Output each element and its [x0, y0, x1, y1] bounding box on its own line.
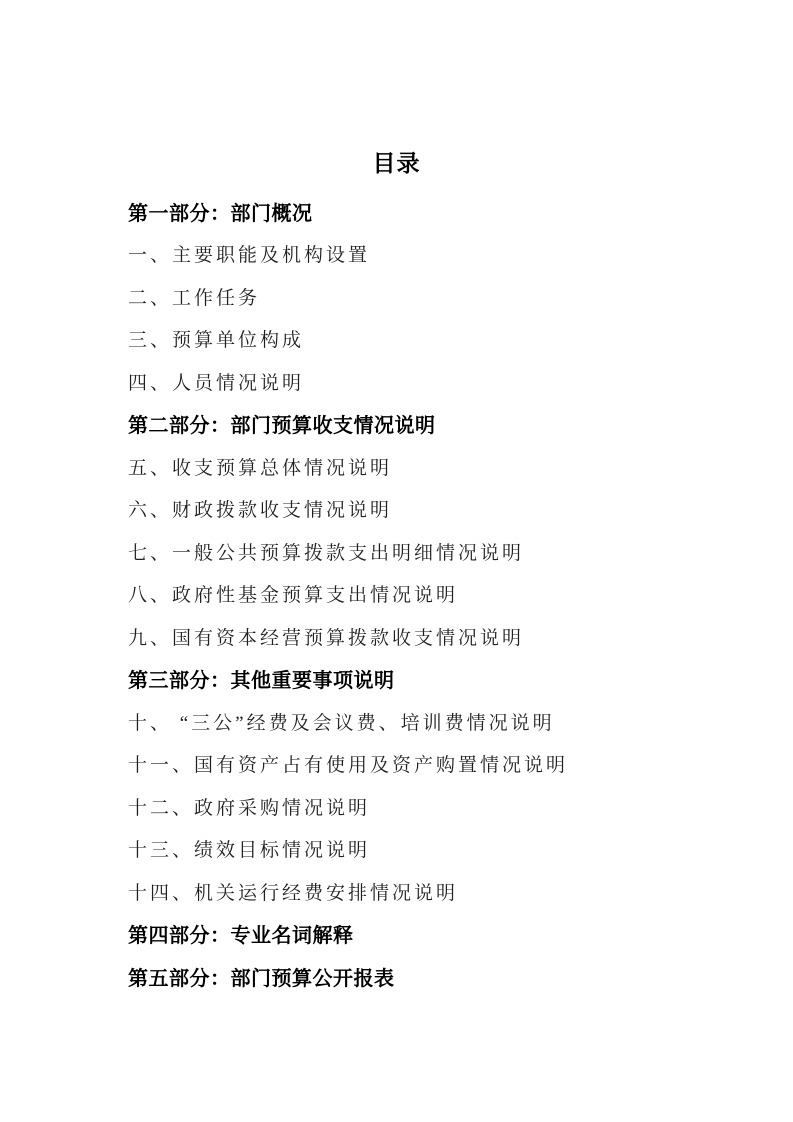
document-page: 目录 第一部分：部门概况 一、主要职能及机构设置 二、工作任务 三、预算单位构成…	[0, 0, 793, 1122]
toc-item-5: 五、收支预算总体情况说明	[128, 445, 693, 488]
toc-item-10: 十、 “三公”经费及会议费、培训费情况说明	[128, 700, 693, 743]
toc-item-12: 十二、政府采购情况说明	[128, 785, 693, 828]
toc-item-9: 九、国有资本经营预算拨款收支情况说明	[128, 615, 693, 658]
page-title: 目录	[0, 0, 793, 178]
toc-item-2: 二、工作任务	[128, 275, 693, 318]
toc-section-part4: 第四部分：专业名词解释	[128, 913, 693, 956]
toc-item-6: 六、财政拨款收支情况说明	[128, 488, 693, 531]
toc-item-11: 十一、国有资产占有使用及资产购置情况说明	[128, 743, 693, 786]
toc-item-4: 四、人员情况说明	[128, 360, 693, 403]
toc-item-8: 八、政府性基金预算支出情况说明	[128, 573, 693, 616]
toc-item-3: 三、预算单位构成	[128, 318, 693, 361]
toc-section-part3: 第三部分：其他重要事项说明	[128, 658, 693, 701]
toc-item-14: 十四、机关运行经费安排情况说明	[128, 870, 693, 913]
toc-section-part2: 第二部分：部门预算收支情况说明	[128, 403, 693, 446]
toc-section-part5: 第五部分：部门预算公开报表	[128, 955, 693, 998]
toc-item-7: 七、一般公共预算拨款支出明细情况说明	[128, 530, 693, 573]
toc-item-13: 十三、绩效目标情况说明	[128, 828, 693, 871]
toc-section-part1: 第一部分：部门概况	[128, 190, 693, 233]
toc-item-1: 一、主要职能及机构设置	[128, 233, 693, 276]
toc-list: 第一部分：部门概况 一、主要职能及机构设置 二、工作任务 三、预算单位构成 四、…	[128, 190, 693, 998]
